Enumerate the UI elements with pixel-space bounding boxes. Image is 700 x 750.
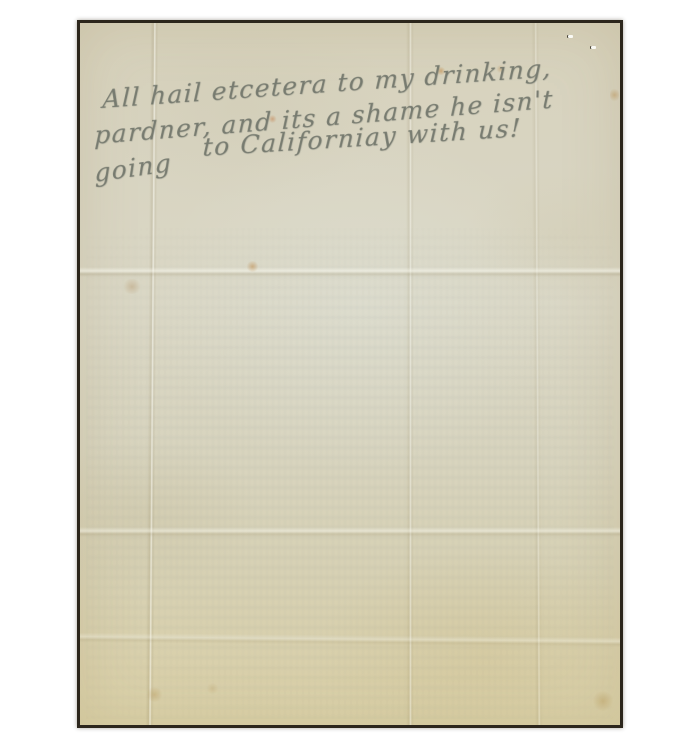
paper-flake-speck bbox=[568, 35, 573, 38]
stain bbox=[610, 87, 619, 103]
fold-crease-horizontal-lower bbox=[80, 527, 620, 537]
fold-crease-horizontal-upper bbox=[80, 267, 620, 277]
stain bbox=[592, 691, 614, 711]
stain bbox=[206, 683, 219, 694]
fold-crease-vertical-right bbox=[531, 23, 543, 725]
letter-page: All hail etcetera to my drinking, pardne… bbox=[77, 20, 623, 728]
fold-crease-horizontal-bottom bbox=[80, 633, 620, 648]
paper-flake-speck bbox=[591, 46, 596, 49]
stain bbox=[146, 687, 163, 702]
stain bbox=[122, 279, 142, 294]
handwriting-line-3-word: going bbox=[94, 148, 172, 188]
stain bbox=[246, 261, 259, 272]
typed-text-bleed-through bbox=[86, 228, 614, 719]
scan-background: All hail etcetera to my drinking, pardne… bbox=[0, 0, 700, 750]
